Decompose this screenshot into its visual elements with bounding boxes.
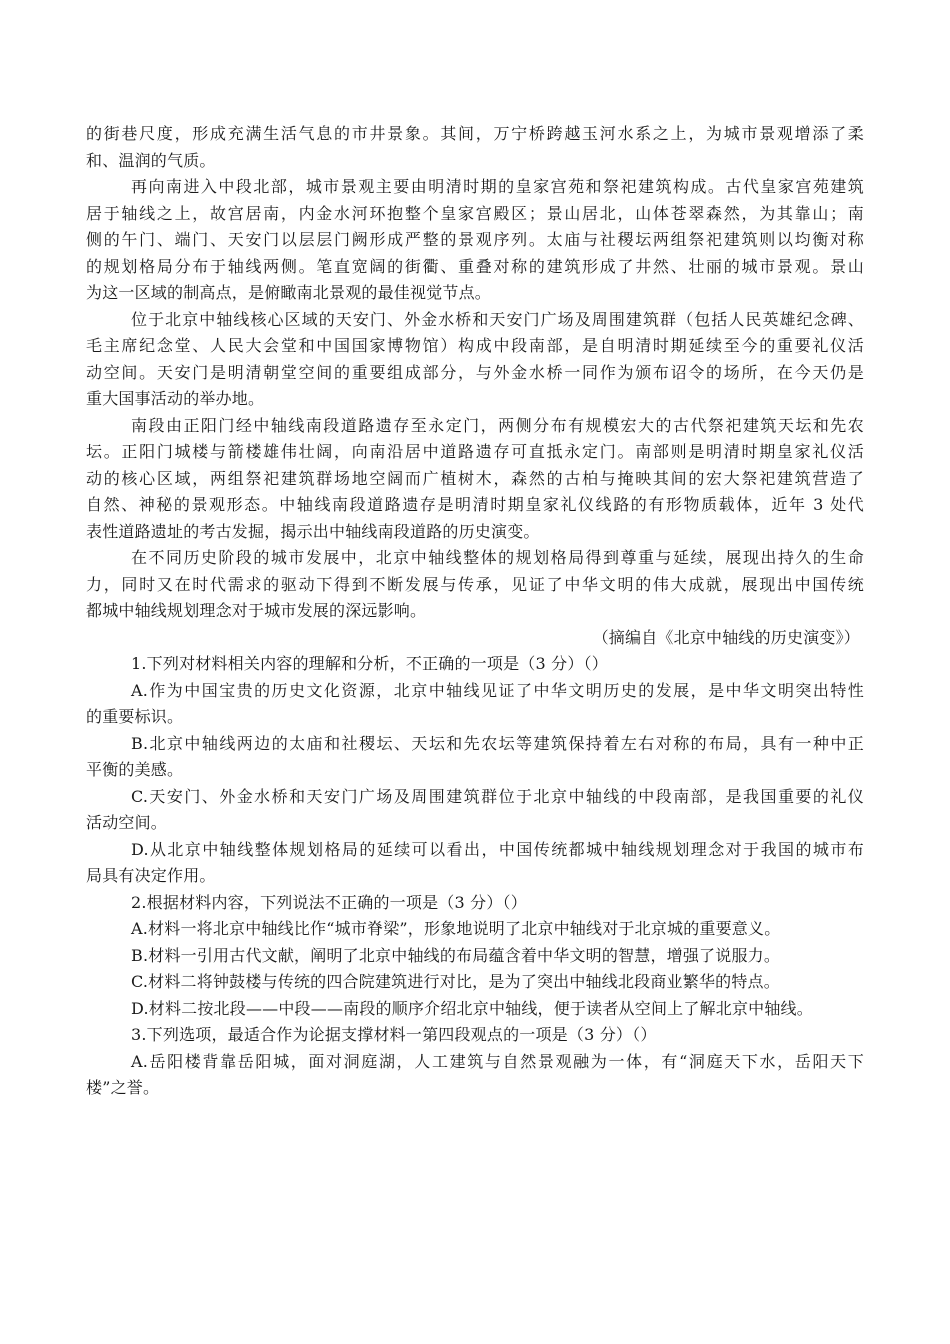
question-stem: 2.根据材料内容，下列说法不正确的一项是（3 分）（） (86, 890, 864, 917)
question-3: 3.下列选项，最适合作为论据支撑材料一第四段观点的一项是（3 分）（） A.岳阳… (86, 1022, 864, 1102)
text-line: 平衡的美感。 (86, 757, 864, 784)
text-line: 的街巷尺度，形成充满生活气息的市井景象。其间，万宁桥跨越玉河水系之上，为城市景观… (86, 121, 864, 148)
option-a: A.作为中国宝贵的历史文化资源，北京中轴线见证了中华文明历史的发展，是中华文明突… (86, 678, 864, 731)
text-line: B.北京中轴线两边的太庙和社稷坛、天坛和先农坛等建筑保持着左右对称的布局，具有一… (86, 731, 864, 758)
option-c: C.天安门、外金水桥和天安门广场及周围建筑群位于北京中轴线的中段南部，是我国重要… (86, 784, 864, 837)
text-line: 活动空间。 (86, 810, 864, 837)
text-line: 动空间。天安门是明清朝堂空间的重要组成部分，与外金水桥一同作为颁布诏令的场所，在… (86, 360, 864, 387)
document-page: 的街巷尺度，形成充满生活气息的市井景象。其间，万宁桥跨越玉河水系之上，为城市景观… (86, 121, 864, 1102)
question-stem: 1.下列对材料相关内容的理解和分析，不正确的一项是（3 分）（） (86, 651, 864, 678)
paragraph-middle-south: 位于北京中轴线核心区域的天安门、外金水桥和天安门广场及周围建筑群（包括人民英雄纪… (86, 307, 864, 413)
text-line: 重大国事活动的举办地。 (86, 386, 864, 413)
option-b: B.北京中轴线两边的太庙和社稷坛、天坛和先农坛等建筑保持着左右对称的布局，具有一… (86, 731, 864, 784)
question-1: 1.下列对材料相关内容的理解和分析，不正确的一项是（3 分）（） A.作为中国宝… (86, 651, 864, 890)
text-line: C.天安门、外金水桥和天安门广场及周围建筑群位于北京中轴线的中段南部，是我国重要… (86, 784, 864, 811)
source-citation: （摘编自《北京中轴线的历史演变》） (86, 625, 864, 652)
text-line: 再向南进入中段北部，城市景观主要由明清时期的皇家宫苑和祭祀建筑构成。古代皇家宫苑… (86, 174, 864, 201)
text-line: 楼”之誉。 (86, 1075, 864, 1102)
option-b: B.材料一引用古代文献，阐明了北京中轴线的布局蕴含着中华文明的智慧，增强了说服力… (86, 943, 864, 970)
option-a: A.岳阳楼背靠岳阳城，面对洞庭湖，人工建筑与自然景观融为一体，有“洞庭天下水，岳… (86, 1049, 864, 1102)
text-line: 力，同时又在时代需求的驱动下得到不断发展与传承，见证了中华文明的伟大成就，展现出… (86, 572, 864, 599)
option-a: A.材料一将北京中轴线比作“城市脊梁”，形象地说明了北京中轴线对于北京城的重要意… (86, 916, 864, 943)
paragraph-south-section: 南段由正阳门经中轴线南段道路遗存至永定门，两侧分布有规模宏大的古代祭祀建筑天坛和… (86, 413, 864, 546)
option-c: C.材料二将钟鼓楼与传统的四合院建筑进行对比，是为了突出中轴线北段商业繁华的特点… (86, 969, 864, 996)
text-line: 毛主席纪念堂、人民大会堂和中国国家博物馆）构成中段南部，是自明清时期延续至今的重… (86, 333, 864, 360)
text-line: 坛。正阳门城楼与箭楼雄伟壮阔，向南沿居中道路遗存可直抵永定门。南部则是明清时期皇… (86, 439, 864, 466)
text-line: D.从北京中轴线整体规划格局的延续可以看出，中国传统都城中轴线规划理念对于我国的… (86, 837, 864, 864)
text-line: 都城中轴线规划理念对于城市发展的深远影响。 (86, 598, 864, 625)
text-line: 的规划格局分布于轴线两侧。笔直宽阔的街衢、重叠对称的建筑形成了井然、壮丽的城市景… (86, 254, 864, 281)
text-line: 的重要标识。 (86, 704, 864, 731)
paragraph-conclusion: 在不同历史阶段的城市发展中，北京中轴线整体的规划格局得到尊重与延续，展现出持久的… (86, 545, 864, 625)
text-line: 和、温润的气质。 (86, 148, 864, 175)
option-d: D.材料二按北段——中段——南段的顺序介绍北京中轴线，便于读者从空间上了解北京中… (86, 996, 864, 1023)
text-line: 局具有决定作用。 (86, 863, 864, 890)
paragraph-middle-north: 再向南进入中段北部，城市景观主要由明清时期的皇家宫苑和祭祀建筑构成。古代皇家宫苑… (86, 174, 864, 307)
text-line: 表性道路遗址的考古发掘，揭示出中轴线南段道路的历史演变。 (86, 519, 864, 546)
text-line: A.岳阳楼背靠岳阳城，面对洞庭湖，人工建筑与自然景观融为一体，有“洞庭天下水，岳… (86, 1049, 864, 1076)
text-line: 自然、神秘的景观形态。中轴线南段道路遗存是明清时期皇家礼仪线路的有形物质载体，近… (86, 492, 864, 519)
text-line: 位于北京中轴线核心区域的天安门、外金水桥和天安门广场及周围建筑群（包括人民英雄纪… (86, 307, 864, 334)
text-line: 居于轴线之上，故宫居南，内金水河环抱整个皇家宫殿区；景山居北，山体苍翠森然，为其… (86, 201, 864, 228)
question-2: 2.根据材料内容，下列说法不正确的一项是（3 分）（） A.材料一将北京中轴线比… (86, 890, 864, 1023)
text-line: A.作为中国宝贵的历史文化资源，北京中轴线见证了中华文明历史的发展，是中华文明突… (86, 678, 864, 705)
text-line: 为这一区域的制高点，是俯瞰南北景观的最佳视觉节点。 (86, 280, 864, 307)
option-d: D.从北京中轴线整体规划格局的延续可以看出，中国传统都城中轴线规划理念对于我国的… (86, 837, 864, 890)
text-line: 南段由正阳门经中轴线南段道路遗存至永定门，两侧分布有规模宏大的古代祭祀建筑天坛和… (86, 413, 864, 440)
text-line: 动的核心区域，两组祭祀建筑群场地空阔而广植树木，森然的古柏与掩映其间的宏大祭祀建… (86, 466, 864, 493)
text-line: 侧的午门、端门、天安门以层层门阙形成严整的景观序列。太庙与社稷坛两组祭祀建筑则以… (86, 227, 864, 254)
paragraph-continuation: 的街巷尺度，形成充满生活气息的市井景象。其间，万宁桥跨越玉河水系之上，为城市景观… (86, 121, 864, 174)
question-stem: 3.下列选项，最适合作为论据支撑材料一第四段观点的一项是（3 分）（） (86, 1022, 864, 1049)
text-line: 在不同历史阶段的城市发展中，北京中轴线整体的规划格局得到尊重与延续，展现出持久的… (86, 545, 864, 572)
